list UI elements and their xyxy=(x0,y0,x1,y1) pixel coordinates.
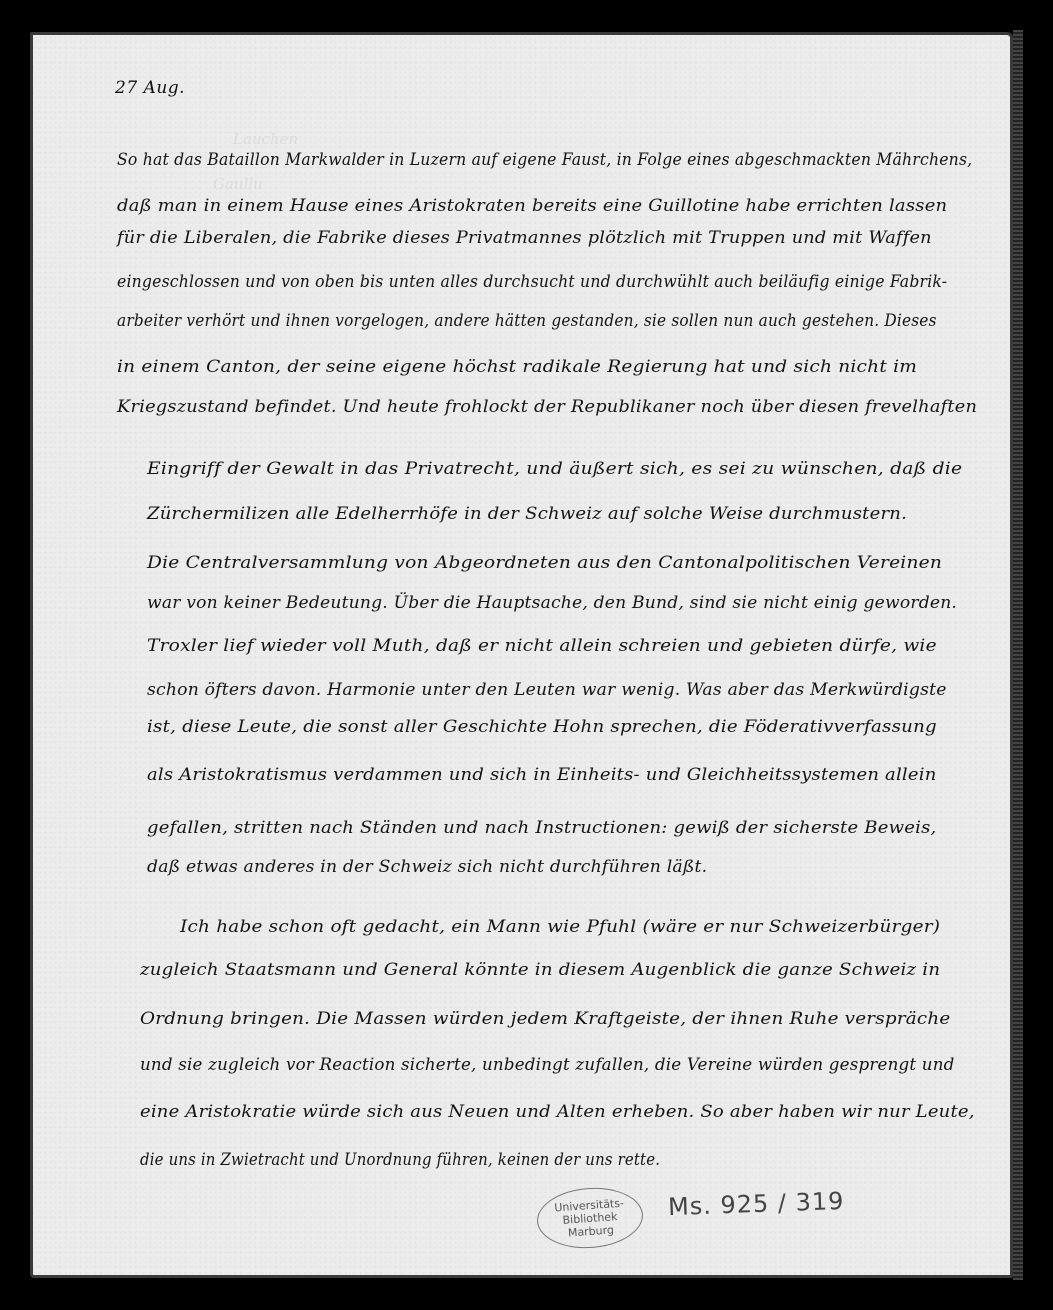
handwritten-line: Ich habe schon oft gedacht, ein Mann wie… xyxy=(180,917,940,936)
handwritten-line: Eingriff der Gewalt in das Privatrecht, … xyxy=(147,459,962,478)
bleed-through-text: Lauchen xyxy=(233,130,298,148)
handwritten-line: und sie zugleich vor Reaction sicherte, … xyxy=(140,1055,955,1074)
manuscript-page: Lauchen Gaullu xyxy=(30,32,1013,1278)
stamp-line: Marburg xyxy=(567,1223,614,1239)
handwritten-line: ist, diese Leute, die sonst aller Geschi… xyxy=(147,717,937,736)
handwritten-line: Zürchermilizen alle Edelherrhöfe in der … xyxy=(147,504,907,523)
scan-border xyxy=(1013,30,1023,1280)
handwritten-line: zugleich Staatsmann und General könnte i… xyxy=(140,960,940,979)
handwritten-line: Ordnung bringen. Die Massen würden jedem… xyxy=(140,1009,950,1028)
handwritten-line: die uns in Zwietracht und Unordnung führ… xyxy=(140,1150,660,1169)
handwritten-line: für die Liberalen, die Fabrike dieses Pr… xyxy=(117,228,932,247)
bleed-through-text: Gaullu xyxy=(213,175,263,193)
handwritten-line: daß etwas anderes in der Schweiz sich ni… xyxy=(147,857,707,876)
handwritten-line: gefallen, stritten nach Ständen und nach… xyxy=(147,818,936,837)
handwritten-line: So hat das Bataillon Markwalder in Luzer… xyxy=(117,150,972,169)
handwritten-line: daß man in einem Hause eines Aristokrate… xyxy=(117,196,947,215)
handwritten-line: war von keiner Bedeutung. Über die Haupt… xyxy=(147,593,957,612)
handwritten-line: Kriegszustand befindet. Und heute frohlo… xyxy=(117,397,977,416)
handwritten-line: schon öfters davon. Harmonie unter den L… xyxy=(147,680,947,699)
date-heading: 27 Aug. xyxy=(115,78,185,98)
handwritten-line: Troxler lief wieder voll Muth, daß er ni… xyxy=(147,636,937,655)
handwritten-line: eine Aristokratie würde sich aus Neuen u… xyxy=(140,1102,975,1121)
handwritten-line: arbeiter verhört und ihnen vorgelogen, a… xyxy=(117,311,937,330)
handwritten-line: Die Centralversammlung von Abgeordneten … xyxy=(147,553,942,572)
handwritten-line: als Aristokratismus verdammen und sich i… xyxy=(147,765,936,784)
handwritten-line: in einem Canton, der seine eigene höchst… xyxy=(117,357,917,376)
handwritten-line: eingeschlossen und von oben bis unten al… xyxy=(117,272,947,291)
